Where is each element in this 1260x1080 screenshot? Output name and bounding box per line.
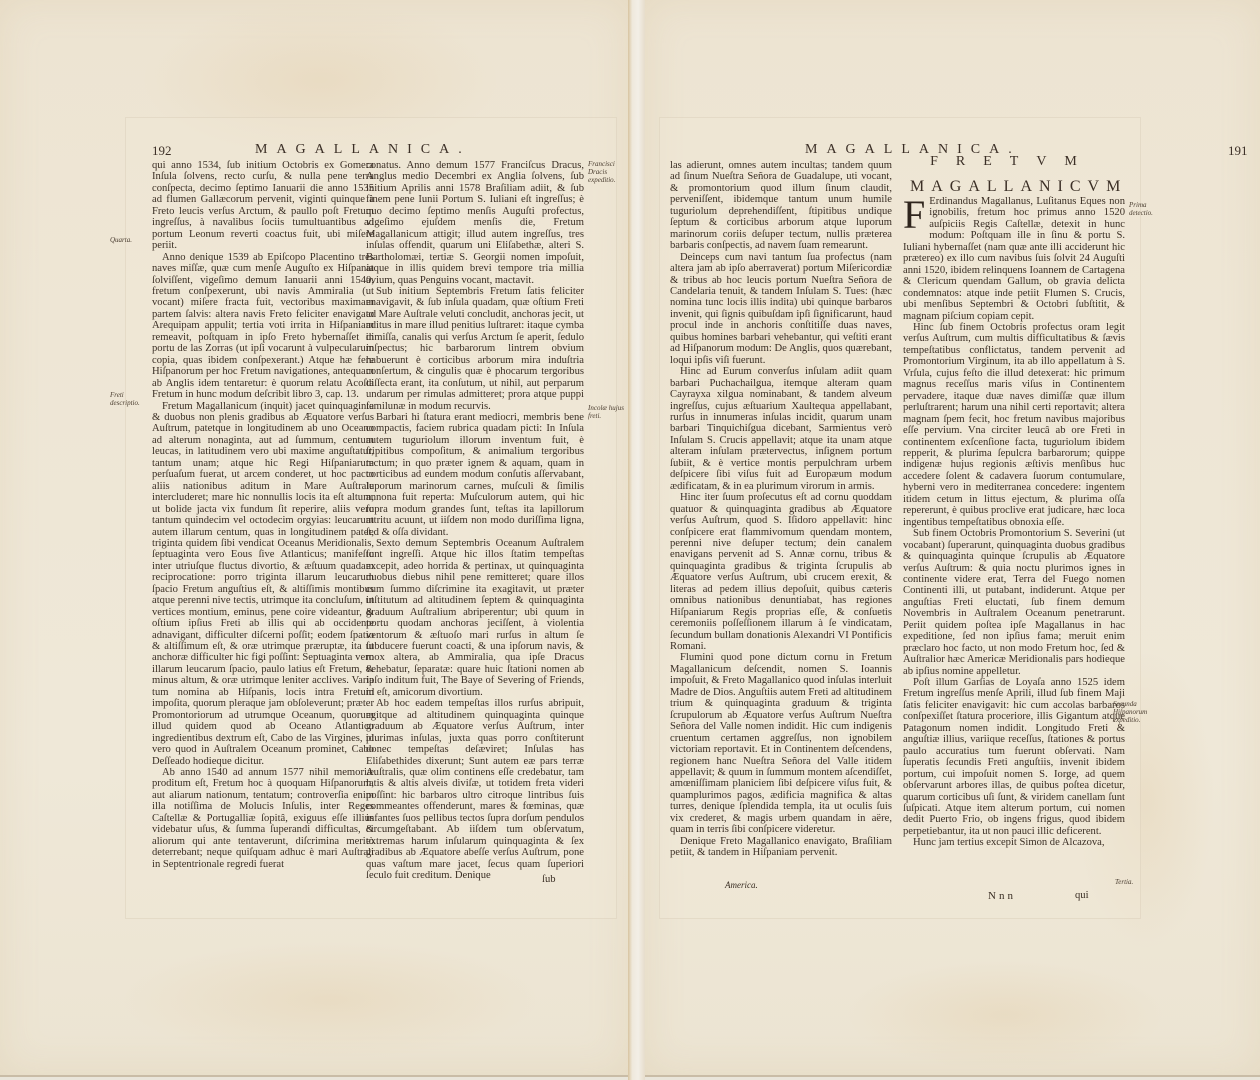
left-page: 192 MAGALLANICA. Francisci Dracis expedi… bbox=[0, 0, 628, 1077]
catchword: ſub bbox=[542, 874, 556, 885]
book-gutter bbox=[628, 0, 645, 1080]
paragraph: Poſt illum Garſias de Loyaſa anno 1525 i… bbox=[903, 677, 1125, 837]
text-column-1: las adierunt, omnes autem incultas; tand… bbox=[670, 160, 892, 859]
paragraph: Hinc iter ſuum proſecutus eſt ad cornu q… bbox=[670, 492, 892, 652]
margin-note-prima: Prima detectio. bbox=[1129, 201, 1167, 217]
paragraph: las adierunt, omnes autem incultas; tand… bbox=[670, 160, 892, 252]
text-column-2: FErdinandus Magallanus, Luſitanus Eques … bbox=[903, 196, 1125, 849]
section-title: FRETVM MAGALLANICVM bbox=[910, 154, 1115, 196]
margin-note-quarta: Quarta. bbox=[110, 236, 148, 244]
paragraph: Ab hoc eadem tempeſtas illos rurſus abri… bbox=[366, 698, 584, 881]
text-column-2: conatus. Anno demum 1577 Franciſcus Drac… bbox=[366, 160, 584, 882]
drop-cap: F bbox=[903, 198, 925, 232]
running-head: MAGALLANICA. bbox=[255, 142, 471, 158]
paragraph: Sub initium Septembris Fretum ſatis feli… bbox=[366, 286, 584, 412]
section-title-line-2: MAGALLANICVM bbox=[910, 178, 1115, 196]
paragraph: Sexto demum Septembris Oceanum Auſtralem… bbox=[366, 538, 584, 698]
paragraph: Deinceps cum navi tantum ſua profectus (… bbox=[670, 252, 892, 367]
paragraph: Fretum Magallanicum (inquit) jacet quinq… bbox=[152, 401, 374, 768]
paragraph: Denique Freto Magallanico enavigato, Bra… bbox=[670, 836, 892, 859]
paragraph: qui anno 1534, ſub initium Octobris ex G… bbox=[152, 160, 374, 252]
margin-note-secunda: Secunda Hiſpanorum expeditio. bbox=[1113, 700, 1151, 724]
margin-note-freti: Freti descriptio. bbox=[110, 391, 148, 407]
paragraph: conatus. Anno demum 1577 Franciſcus Drac… bbox=[366, 160, 584, 286]
paragraph: Anno denique 1539 ab Epiſcopo Placentino… bbox=[152, 252, 374, 401]
foxing-stain bbox=[120, 940, 540, 1060]
paragraph-text: Erdinandus Magallanus, Luſitanus Eques n… bbox=[903, 196, 1125, 322]
paragraph: Hinc ſub finem Octobris profectus oram l… bbox=[903, 322, 1125, 528]
paragraph: Hunc jam tertius excepit Simon de Alcazo… bbox=[903, 837, 1125, 848]
paragraph: Barbari hi ſtatura erant mediocri, membr… bbox=[366, 412, 584, 538]
foxing-stain bbox=[845, 960, 1165, 1070]
signature-mark: Nnn bbox=[988, 890, 1016, 902]
paragraph: FErdinandus Magallanus, Luſitanus Eques … bbox=[903, 196, 1125, 322]
paragraph: Sub finem Octobris Promontorium S. Sever… bbox=[903, 528, 1125, 677]
right-page: MAGALLANICA. 191 las adierunt, omnes aut… bbox=[645, 0, 1260, 1077]
page-number: 192 bbox=[152, 143, 172, 159]
page-number: 191 bbox=[1228, 143, 1248, 159]
margin-note-tertia: Tertia. bbox=[1115, 878, 1153, 886]
text-column-1: qui anno 1534, ſub initium Octobris ex G… bbox=[152, 160, 374, 870]
catchword: qui bbox=[1075, 890, 1089, 901]
paragraph: Flumini quod pone dictum cornu in Fretum… bbox=[670, 652, 892, 835]
footer-region-label: America. bbox=[725, 880, 758, 890]
margin-note-incolae: Incolæ hujus freti. bbox=[588, 404, 626, 420]
paragraph: Ab anno 1540 ad annum 1577 nihil memoriæ… bbox=[152, 767, 374, 870]
section-title-line-1: FRETVM bbox=[910, 154, 1115, 170]
paragraph: Hinc ad Eurum converſus inſulam adiit qu… bbox=[670, 366, 892, 492]
margin-note-drake: Francisci Dracis expeditio. bbox=[588, 160, 626, 184]
